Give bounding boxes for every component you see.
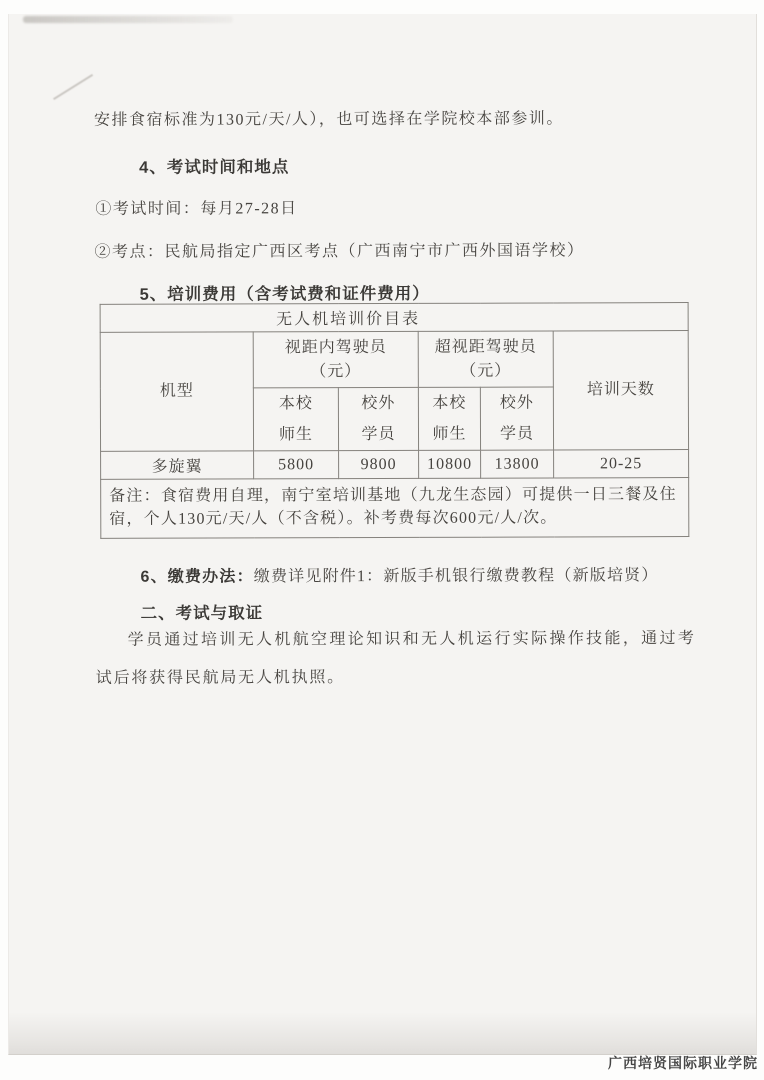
cell-days: 20-25 [554,450,689,478]
section6-heading: 6、缴费办法： [140,568,253,585]
cell-in-sight-outside: 9800 [339,450,419,478]
price-table-note-row: 备注：食宿费用自理，南宁室培训基地（九龙生态园）可提供一日三餐及住宿，个人130… [101,478,689,539]
sub-school-l1: 本校 [254,388,338,419]
cell-beyond-outside: 13800 [481,450,554,478]
price-table-title-row: 无人机培训价目表 [100,303,688,333]
col-header-in-sight-line2: （元） [254,359,418,384]
section5-heading: 5、培训费用（含考试费和证件费用） [140,280,430,305]
cell-model: 多旋翼 [101,451,254,479]
exam-time-item: ①考试时间：每月27-28日 [95,195,297,219]
col-header-beyond-sight-line2: （元） [419,359,553,383]
section4-heading: 4、考试时间和地点 [139,153,289,177]
sub-header-school-1: 本校 师生 [253,388,338,451]
section6-text: 缴费详见附件1：新版手机银行缴费教程（新版培贤） [254,567,659,585]
price-table: 无人机培训价目表 机型 视距内驾驶员 （元） 超视距驾驶员 （元） 培训天数 本… [100,302,690,539]
sub-school-l1: 本校 [419,388,480,419]
cell-in-sight-school: 5800 [254,451,339,479]
sub-header-outside-2: 校外 学员 [480,387,553,450]
part2-paragraph: 学员通过培训无人机航空理论知识和无人机运行实际操作技能，通过考试后将获得民航局无… [96,620,696,698]
sub-school-l2: 师生 [419,419,480,450]
sub-school-l2: 师生 [254,419,338,450]
sub-header-outside-1: 校外 学员 [338,387,418,450]
sub-header-school-2: 本校 师生 [418,387,480,450]
sub-outside-l2: 学员 [481,418,553,449]
sub-outside-l1: 校外 [481,387,553,418]
sub-outside-l2: 学员 [339,419,418,450]
col-header-beyond-sight-line1: 超视距驾驶员 [419,335,553,359]
part2-heading: 二、考试与取证 [141,599,264,623]
school-name-footer: 广西培贤国际职业学院 [608,1053,758,1073]
price-table-data-row: 多旋翼 5800 9800 10800 13800 20-25 [101,450,689,480]
col-header-in-sight: 视距内驾驶员 （元） [253,331,418,388]
col-header-training-days: 培训天数 [553,331,688,450]
col-header-in-sight-line1: 视距内驾驶员 [254,335,418,360]
sub-outside-l1: 校外 [339,388,418,419]
price-table-note: 备注：食宿费用自理，南宁室培训基地（九龙生态园）可提供一日三餐及住宿，个人130… [101,478,689,539]
col-header-beyond-sight: 超视距驾驶员 （元） [418,331,553,387]
intro-line: 安排食宿标准为130元/天/人），也可选择在学院校本部参训。 [94,105,564,129]
exam-site-item: ②考点：民航局指定广西区考点（广西南宁市广西外国语学校） [94,237,584,262]
price-table-title: 无人机培训价目表 [100,303,688,333]
col-header-model: 机型 [100,332,253,451]
payment-line: 6、缴费办法：缴费详见附件1：新版手机银行缴费教程（新版培贤） [140,562,658,587]
document-content: 安排食宿标准为130元/天/人），也可选择在学院校本部参训。 4、考试时间和地点… [0,0,764,1080]
price-table-group-header-row: 机型 视距内驾驶员 （元） 超视距驾驶员 （元） 培训天数 [100,331,688,389]
cell-beyond-school: 10800 [419,450,481,478]
